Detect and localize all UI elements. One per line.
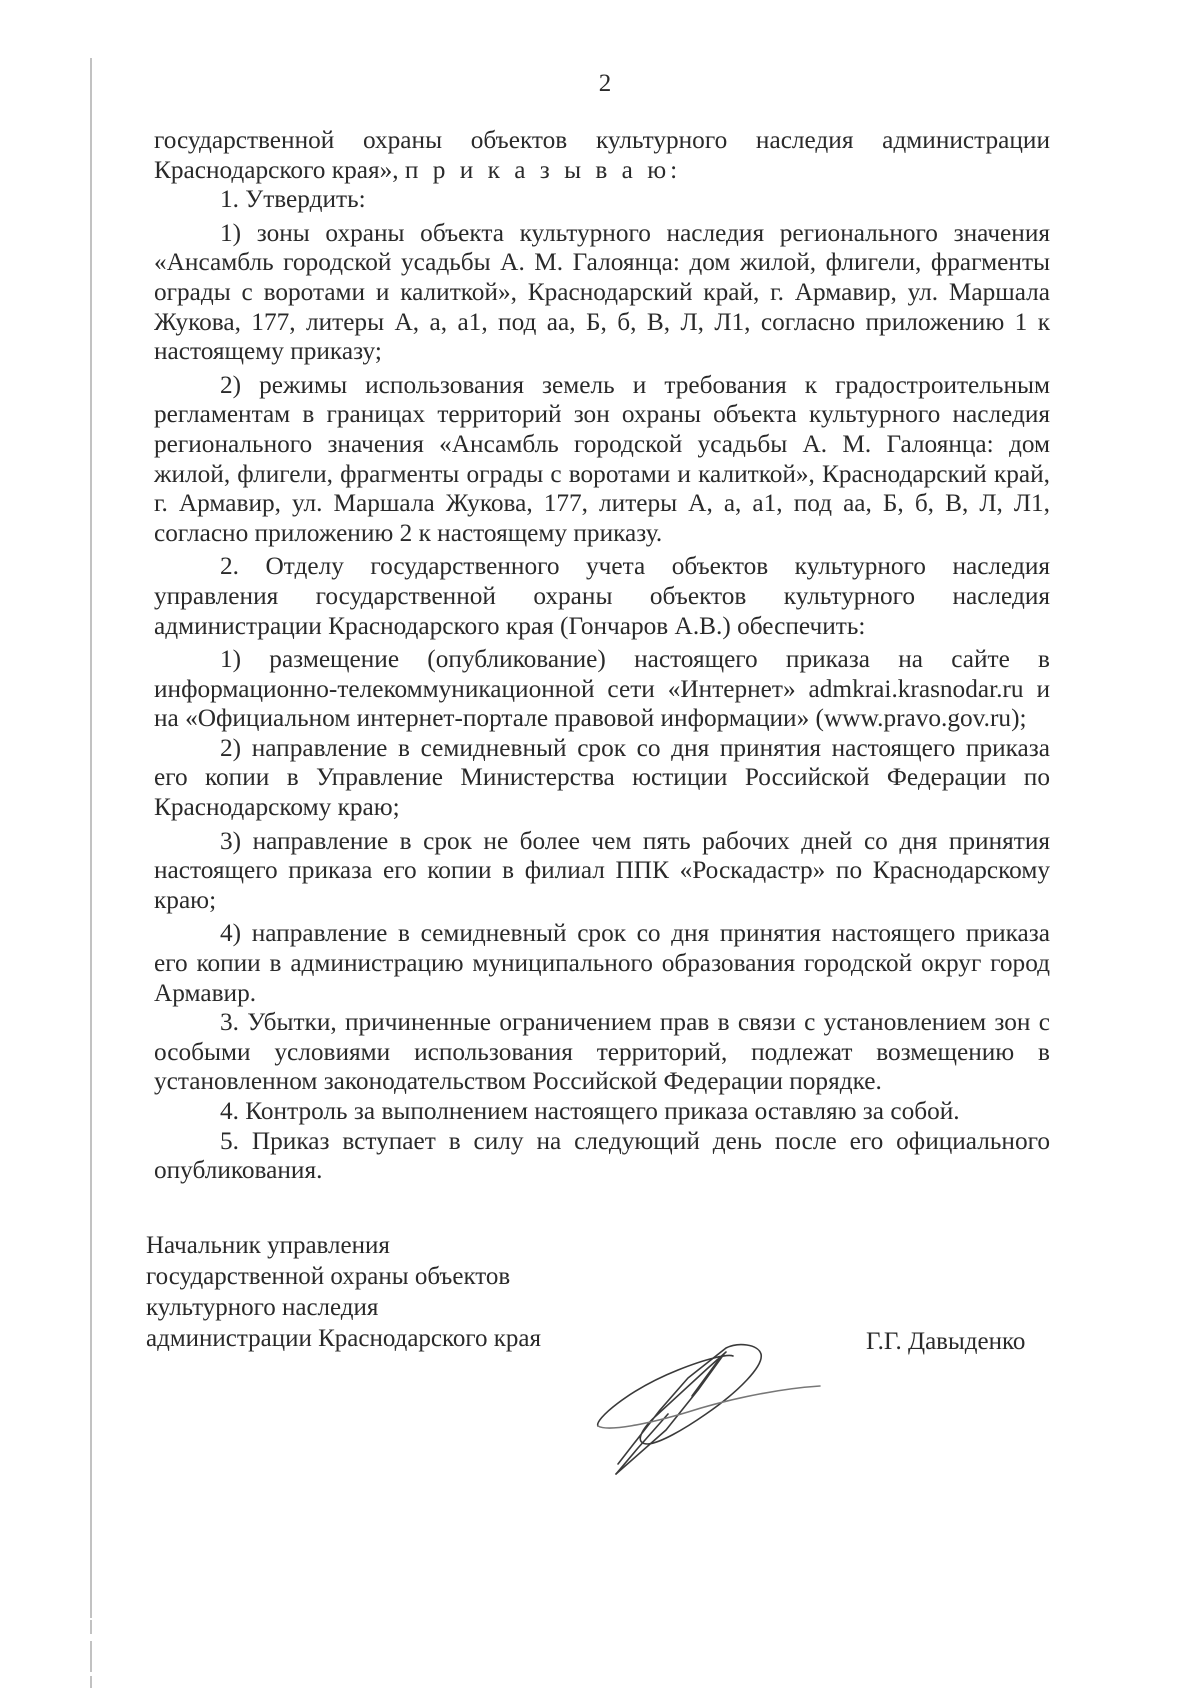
scan-margin-dash (90, 1641, 92, 1672)
signatory-title: Начальник управления государственной охр… (146, 1230, 541, 1354)
signatory-title-line: Начальник управления (146, 1230, 541, 1261)
clause-1: 1. Утвердить: (154, 185, 1050, 215)
signatory-title-line: администрации Краснодарского края (146, 1323, 541, 1354)
clause-1-2: 2) режимы использования земель и требова… (154, 371, 1050, 549)
clause-2-2: 2) направление в семидневный срок со дня… (154, 734, 1050, 823)
clause-2: 2. Отделу государственного учета объекто… (154, 552, 1050, 641)
clause-3: 3. Убытки, причиненные ограничением прав… (154, 1008, 1050, 1097)
clause-1-1: 1) зоны охраны объекта культурного насле… (154, 219, 1050, 367)
scan-margin-line (90, 58, 92, 1618)
clause-5: 5. Приказ вступает в силу на следующий д… (154, 1127, 1050, 1186)
handwritten-signature-icon (588, 1340, 838, 1480)
signatory-name: Г.Г. Давыденко (866, 1326, 1025, 1357)
decree-word: п р и к а з ы в а ю: (405, 156, 681, 184)
clause-2-3: 3) направление в срок не более чем пять … (154, 827, 1050, 916)
document-body: государственной охраны объектов культурн… (154, 126, 1050, 1186)
signatory-title-line: культурного наследия (146, 1292, 541, 1323)
scan-margin-dash (90, 1620, 92, 1634)
clause-2-4: 4) направление в семидневный срок со дня… (154, 919, 1050, 1008)
clause-4: 4. Контроль за выполнением настоящего пр… (154, 1097, 1050, 1127)
page-number: 2 (0, 70, 1200, 98)
clause-2-1: 1) размещение (опубликование) настоящего… (154, 645, 1050, 734)
signatory-title-line: государственной охраны объектов (146, 1261, 541, 1292)
intro-paragraph: государственной охраны объектов культурн… (154, 126, 1050, 185)
scan-margin-dash (90, 1676, 92, 1688)
